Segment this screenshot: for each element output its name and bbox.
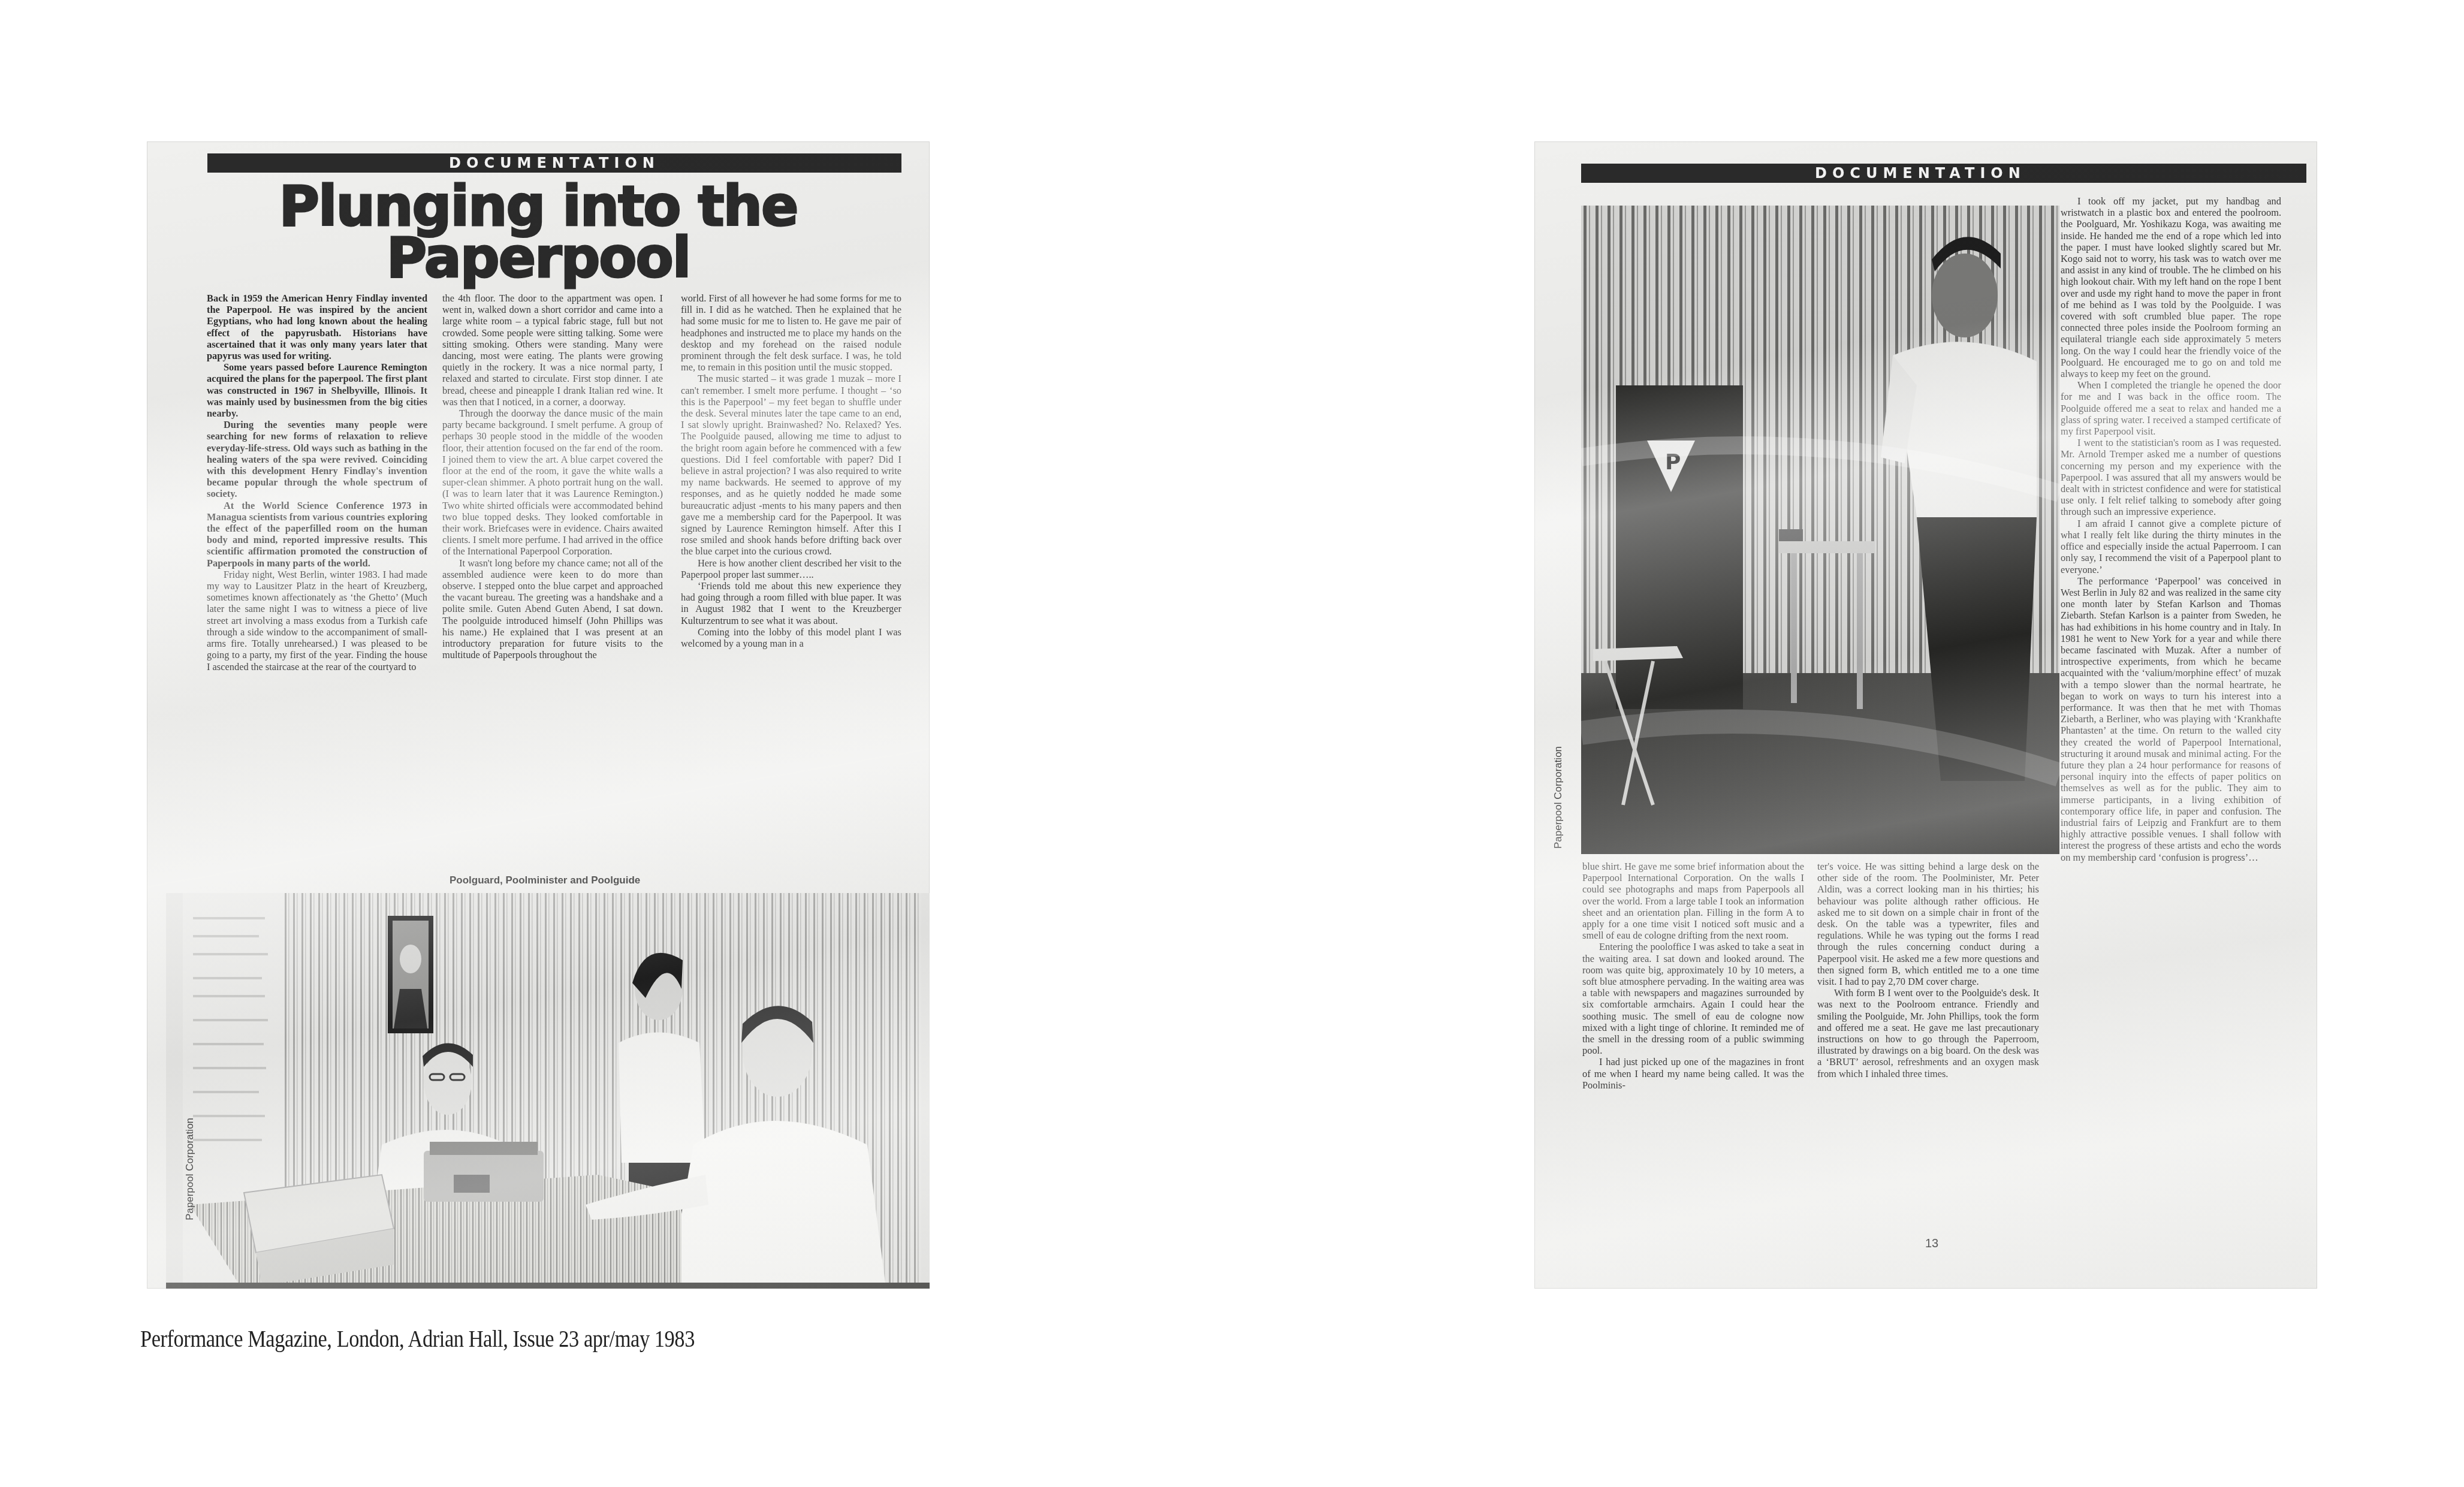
- paragraph: Here is how another client described her…: [681, 557, 901, 580]
- paragraph: ter's voice. He was sitting behind a lar…: [1817, 861, 2039, 987]
- paragraph: the 4th floor. The door to the appartmen…: [442, 292, 663, 408]
- section-label: DOCUMENTATION: [1815, 164, 2026, 183]
- paragraph: blue shirt. He gave me some brief inform…: [1582, 861, 1804, 941]
- article-title: Plunging into the Paperpool: [147, 181, 930, 284]
- right-bottom-column-1: blue shirt. He gave me some brief inform…: [1582, 861, 1804, 1091]
- paragraph: I went to the statistician's room as I w…: [2061, 437, 2281, 517]
- left-magazine-page: DOCUMENTATION Plunging into the Paperpoo…: [147, 141, 930, 1289]
- paragraph: ‘Friends told me about this new experien…: [681, 580, 901, 626]
- paragraph: At the World Science Conference 1973 in …: [207, 500, 427, 569]
- right-magazine-page: DOCUMENTATION P: [1534, 141, 2317, 1289]
- paragraph: I took off my jacket, put my handbag and…: [2061, 195, 2281, 379]
- paragraph: Coming into the lobby of this model plan…: [681, 626, 901, 649]
- paragraph: The performance ‘Paperpool’ was conceive…: [2061, 575, 2281, 863]
- right-side-column: I took off my jacket, put my handbag and…: [2061, 195, 2281, 863]
- paragraph: Back in 1959 the American Henry Findlay …: [207, 292, 427, 361]
- section-label: DOCUMENTATION: [449, 153, 660, 173]
- poolroom-photo: P: [1581, 206, 2059, 854]
- paragraph: Through the doorway the dance music of t…: [442, 408, 663, 557]
- left-column-1: Back in 1959 the American Henry Findlay …: [207, 292, 427, 672]
- left-column-2: the 4th floor. The door to the appartmen…: [442, 292, 663, 661]
- right-bottom-column-2: ter's voice. He was sitting behind a lar…: [1817, 861, 2039, 1079]
- source-caption: Performance Magazine, London, Adrian Hal…: [140, 1325, 695, 1353]
- photo-credit: Paperpool Corporation: [184, 1118, 196, 1220]
- paragraph: Some years passed before Laurence Reming…: [207, 361, 427, 419]
- paragraph: Friday night, West Berlin, winter 1983. …: [207, 569, 427, 672]
- paragraph: When I completed the triangle he opened …: [2061, 379, 2281, 437]
- office-photo: [166, 893, 930, 1289]
- paragraph: During the seventies many people were se…: [207, 419, 427, 499]
- paragraph: I am afraid I cannot give a complete pic…: [2061, 518, 2281, 575]
- paragraph: world. First of all however he had some …: [681, 292, 901, 373]
- paragraph: The music started – it was grade 1 muzak…: [681, 373, 901, 557]
- page-number: 13: [1925, 1237, 1938, 1251]
- left-column-3: world. First of all however he had some …: [681, 292, 901, 649]
- office-photo-illustration: [166, 893, 930, 1289]
- paragraph: With form B I went over to the Poolguide…: [1817, 987, 2039, 1079]
- paragraph: Entering the pooloffice I was asked to t…: [1582, 941, 1804, 1056]
- photo-caption: Poolguard, Poolminister and Poolguide: [450, 874, 640, 886]
- section-banner: DOCUMENTATION: [207, 153, 901, 173]
- paragraph: It wasn't long before my chance came; no…: [442, 557, 663, 661]
- paragraph: I had just picked up one of the magazine…: [1582, 1056, 1804, 1091]
- title-line-2: Paperpool: [147, 233, 930, 284]
- title-line-1: Plunging into the: [147, 181, 930, 233]
- photo-credit: Paperpool Corporation: [1552, 746, 1564, 849]
- poolroom-photo-illustration: P: [1581, 206, 2059, 854]
- section-banner: DOCUMENTATION: [1581, 164, 2306, 183]
